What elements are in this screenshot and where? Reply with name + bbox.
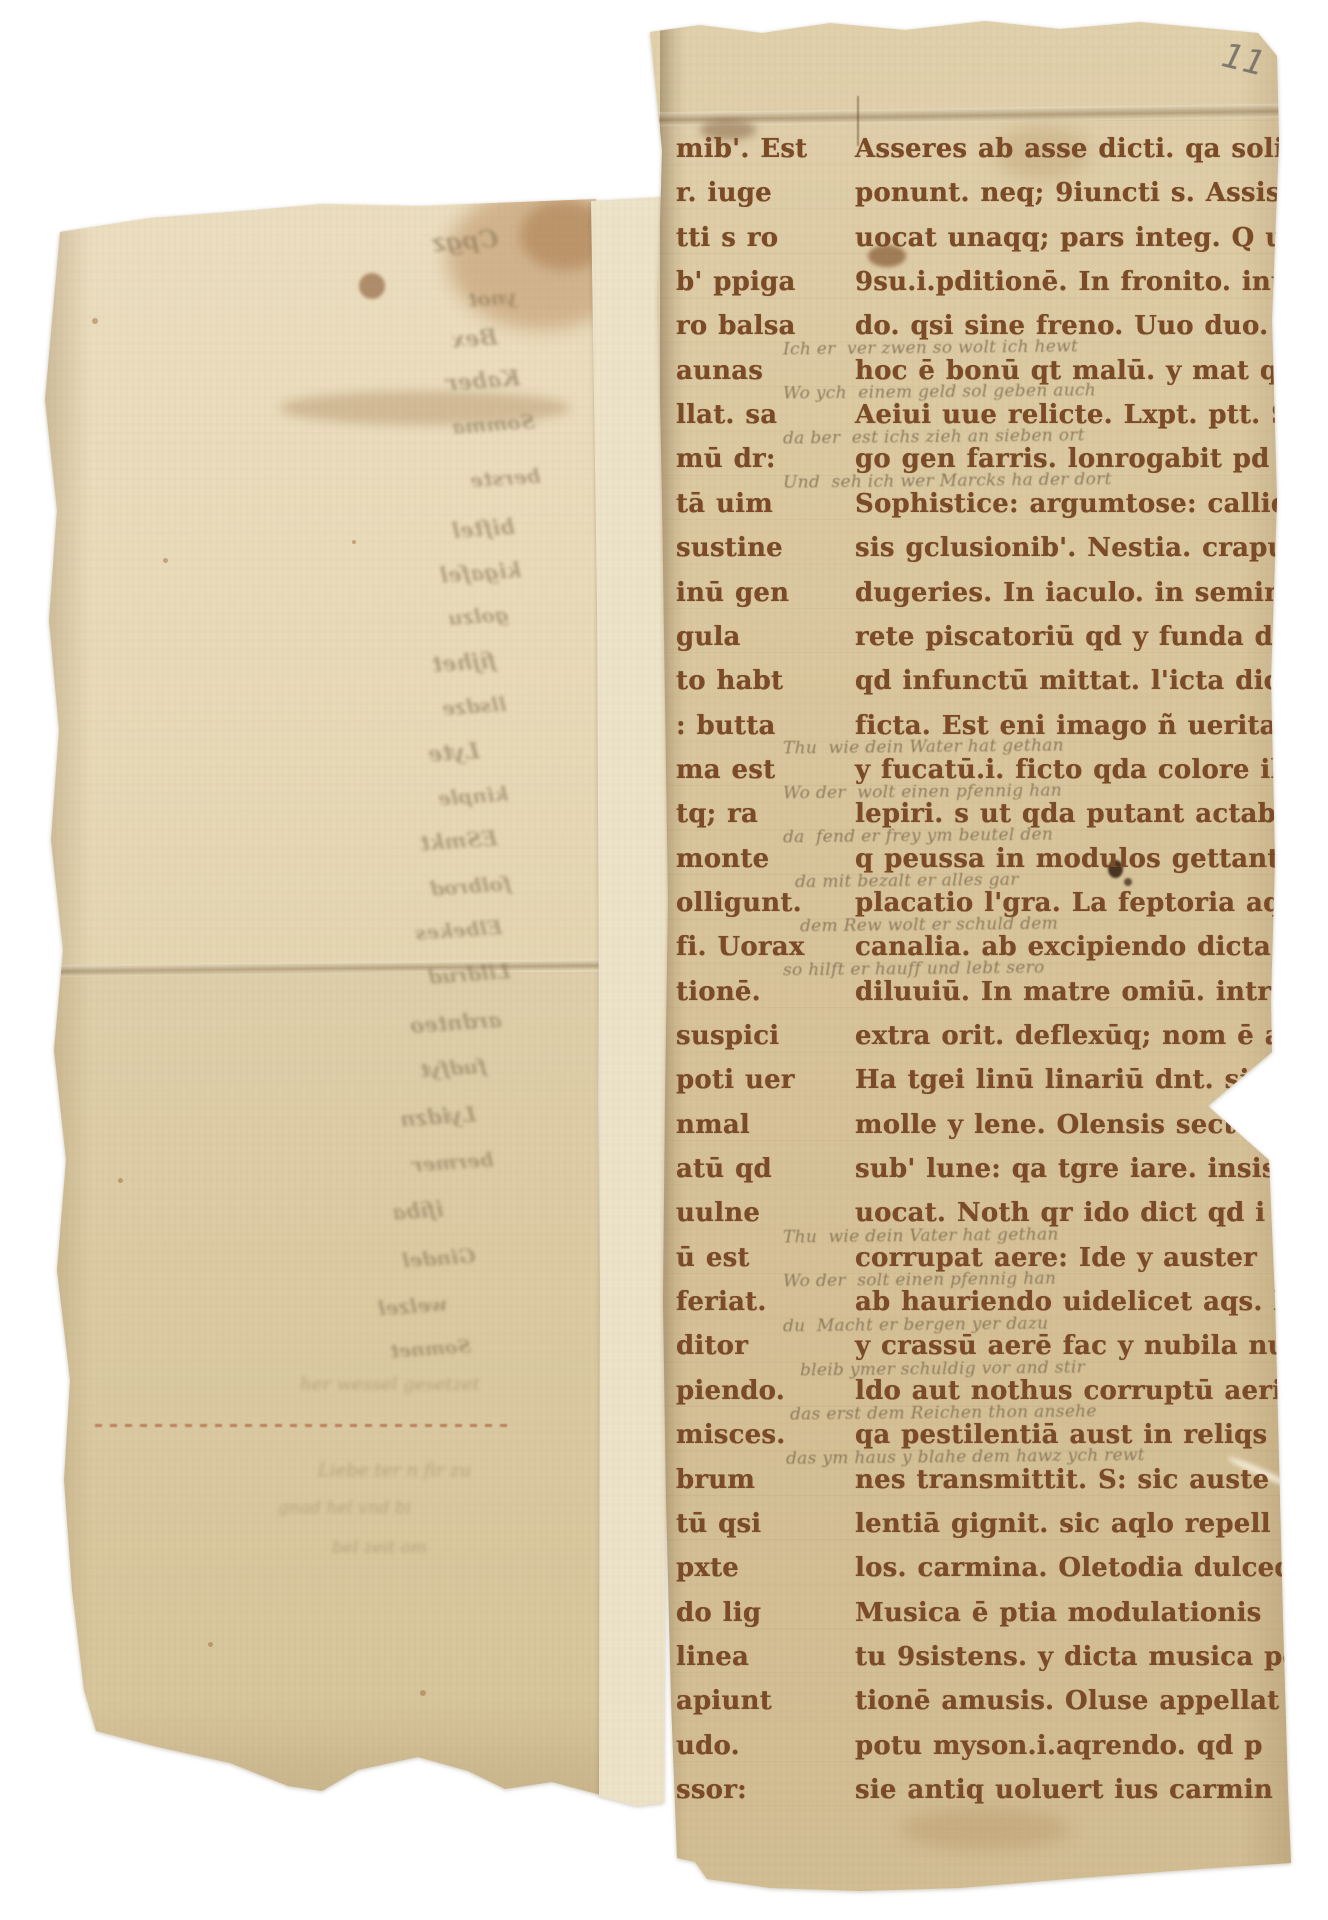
left-column-line-end: suspici <box>676 1021 779 1051</box>
text-line: sustinesis gclusionib'. Nestia. crapula <box>0 533 1328 577</box>
gloss-line: Wo der wolt einen pfennig han <box>783 781 1062 804</box>
text-line: fi. Uoraxcanalia. ab excipiendo dicta. l… <box>0 932 1328 976</box>
text-line: olligunt.placatio l'gra. La feptoria aqu… <box>0 888 1328 932</box>
right-column-text: sie antiq uoluert ius carmin <box>855 1775 1273 1805</box>
text-line: do ligMusica ē ptia modulationis <box>0 1598 1328 1642</box>
left-column-line-end: b' ppiga <box>676 267 796 297</box>
right-column-text: potu myson.i.aqrendo. qd p <box>855 1731 1263 1761</box>
left-column-line-end: feriat. <box>676 1287 767 1317</box>
left-column-line-end: mū dr: <box>676 444 776 474</box>
text-line: tā uimSophistice: argumtose: callid <box>0 489 1328 533</box>
right-column-text: placatio l'gra. La feptoria aqua <box>855 888 1318 918</box>
left-column-line-end: tti s ro <box>676 223 778 253</box>
text-line: mū dr:go gen farris. lonrogabit pd <box>0 444 1328 488</box>
text-line: inū gendugeries. In iaculo. in semine. <box>0 578 1328 622</box>
right-column-text: Sophistice: argumtose: callid <box>855 489 1289 519</box>
right-column-text: tu 9sistens. y dicta musica pel <box>855 1642 1309 1672</box>
text-line: gularete piscatoriū qd y funda dr <box>0 622 1328 666</box>
right-column-text: dugeries. In iaculo. in semine. <box>855 578 1309 608</box>
left-column-line-end: mib'. Est <box>676 134 807 164</box>
text-line: mib'. EstAsseres ab asse dicti. qa soli … <box>0 134 1328 178</box>
left-column-line-end: misces. <box>676 1420 786 1450</box>
left-column-line-end: nmal <box>676 1110 750 1140</box>
gloss-line: Thu wie dein Vater hat gethan <box>783 1225 1059 1248</box>
text-line: piendo.ldo aut nothus corruptū aeri <box>0 1376 1328 1420</box>
text-line: monteq peussa in modulos gettant. <box>0 844 1328 888</box>
left-column-line-end: monte <box>676 844 769 874</box>
gloss-line: Und seh ich wer Marcks ha der dort <box>783 469 1112 492</box>
right-fragment-wrap: 11 mib'. EstAsseres ab asse dicti. qa so… <box>0 0 1328 1920</box>
text-line: ū estcorrupat aere: Ide y auster <box>0 1243 1328 1287</box>
left-column-line-end: : butta <box>676 711 776 741</box>
left-column-line-end: r. iuge <box>676 178 772 208</box>
left-column-line-end: apiunt <box>676 1686 772 1716</box>
left-column-line-end: brum <box>676 1465 755 1495</box>
right-column-text: q peussa in modulos gettant. <box>855 844 1289 874</box>
text-line: ditory crassū aerē fac y nubila nu <box>0 1331 1328 1375</box>
right-column-text: Musica ē ptia modulationis <box>855 1598 1262 1628</box>
right-column-text: Asseres ab asse dicti. qa soli int <box>855 134 1328 164</box>
text-line: nmalmolle y lene. Olensis sect <box>0 1110 1328 1154</box>
left-column-line-end: pxte <box>676 1553 739 1583</box>
right-column-text: nes transmittit. S: sic auste <box>855 1465 1269 1495</box>
right-column-text: sis gclusionib'. Nestia. crapula <box>855 533 1314 563</box>
left-column-line-end: linea <box>676 1642 749 1672</box>
right-column-text: rete piscatoriū qd y funda dr <box>855 622 1287 652</box>
text-line: aunashoc ē bonū qt malū. y mat qt b <box>0 356 1328 400</box>
text-line: poti uerHa tgei linū linariū dnt. siue <box>0 1065 1328 1109</box>
gloss-line: das erst dem Reichen thon ansehe <box>790 1401 1097 1424</box>
right-column-text: ponunt. neq; 9iuncti s. Assis <box>855 178 1281 208</box>
right-column-text: 9su.i.pditionē. In fronito. inuer <box>855 267 1321 297</box>
right-column-text: lentiā gignit. sic aqlo repell <box>855 1509 1271 1539</box>
left-column-line-end: tionē. <box>676 977 761 1007</box>
left-column-line-end: tq; ra <box>676 799 758 829</box>
manuscript-photo: CpgzynotBexKaberSommaberstebiftelkigafel… <box>0 0 1328 1920</box>
text-line: udo.potu myson.i.aqrendo. qd p <box>0 1731 1328 1775</box>
right-column-text: molle y lene. Olensis sect <box>855 1110 1236 1140</box>
right-column-text: los. carmina. Oletodia dulced <box>855 1553 1293 1583</box>
text-line: ssor:sie antiq uoluert ius carmin <box>0 1775 1328 1819</box>
right-column-text: diluuiū. In matre omiū. intrā. <box>855 977 1298 1007</box>
text-line: uulneuocat. Noth qr ido dict qd i <box>0 1198 1328 1242</box>
gloss-line: Thu wie dein Water hat gethan <box>783 736 1064 759</box>
text-line: tti s rouocat unaqq; pars integ. Q u <box>0 223 1328 267</box>
right-column-text: canalia. ab excipiendo dicta. la <box>855 932 1318 962</box>
right-column-text: uocat unaqq; pars integ. Q u <box>855 223 1284 253</box>
left-column-line-end: ū est <box>676 1243 750 1273</box>
text-line: b' ppiga9su.i.pditionē. In fronito. inue… <box>0 267 1328 311</box>
text-line: feriat.ab hauriendo uidelicet aqs. l <box>0 1287 1328 1331</box>
gloss-line: dem Rew wolt er schuld dem <box>800 914 1058 937</box>
gloss-line: bleib ymer schuldig vor and stir <box>800 1358 1085 1381</box>
text-line: suspiciextra orit. deflexūq; nom ē a <box>0 1021 1328 1065</box>
text-line: to habtqd infunctū mittat. l'icta dicta <box>0 666 1328 710</box>
left-column-line-end: uulne <box>676 1198 760 1228</box>
left-column-line-end: olligunt. <box>676 888 802 918</box>
left-column-line-end: do lig <box>676 1598 761 1628</box>
text-line: ro balsado. qsi sine freno. Uuo duo. unū <box>0 311 1328 355</box>
right-column-text: Ha tgei linū linariū dnt. siue <box>855 1065 1285 1095</box>
left-column-line-end: tū qsi <box>676 1509 761 1539</box>
left-column-line-end: ma est <box>676 755 775 785</box>
text-line: : buttaficta. Est eni imago ñ ueritas. <box>0 711 1328 755</box>
left-column-line-end: ssor: <box>676 1775 747 1805</box>
text-line: lineatu 9sistens. y dicta musica pel <box>0 1642 1328 1686</box>
gloss-line: da fend er frey ym beutel den <box>783 825 1053 848</box>
left-column-line-end: gula <box>676 622 741 652</box>
gloss-line: du Macht er bergen yer dazu <box>783 1314 1049 1337</box>
left-column-line-end: sustine <box>676 533 783 563</box>
left-column-line-end: udo. <box>676 1731 740 1761</box>
right-column-text: do. qsi sine freno. Uuo duo. unū <box>855 311 1328 341</box>
left-column-line-end: to habt <box>676 666 783 696</box>
right-column-text: lepiri. s ut qda putant actabi <box>855 799 1286 829</box>
right-column-text: ab hauriendo uidelicet aqs. l <box>855 1287 1283 1317</box>
left-column-line-end: tā uim <box>676 489 773 519</box>
gloss-line: das ym haus y blahe dem hawz ych rewt <box>786 1445 1145 1469</box>
right-column-text: uocat. Noth qr ido dict qd i <box>855 1198 1265 1228</box>
right-column-text: extra orit. deflexūq; nom ē a <box>855 1021 1282 1051</box>
text-line: brumnes transmittit. S: sic auste <box>0 1465 1328 1509</box>
fold-crease <box>655 104 1283 127</box>
left-column-line-end: ro balsa <box>676 311 796 341</box>
gloss-line: so hilft er hauff und lebt sero <box>783 958 1045 981</box>
left-column-line-end: atū qd <box>676 1154 772 1184</box>
gloss-line: Wo der solt einen pfennig han <box>783 1269 1056 1292</box>
gloss-line: da ber est ichs zieh an sieben ort <box>783 425 1085 448</box>
left-column-line-end: piendo. <box>676 1376 785 1406</box>
text-line: apiunttionē amusis. Oluse appellat <box>0 1686 1328 1730</box>
left-column-line-end: aunas <box>676 356 763 386</box>
right-column-text: tionē amusis. Oluse appellat <box>855 1686 1279 1716</box>
text-line: tū qsilentiā gignit. sic aqlo repell <box>0 1509 1328 1553</box>
text-line: llat. saAeiui uue relicte. Lxpt. ptt. Si <box>0 400 1328 444</box>
right-parchment-fragment: 11 mib'. EstAsseres ab asse dicti. qa so… <box>0 0 1328 1920</box>
text-line: tionē.diluuiū. In matre omiū. intrā. <box>0 977 1328 1021</box>
right-column-text: sub' lune: qa tgre iare. insis <box>855 1154 1277 1184</box>
left-column-line-end: inū gen <box>676 578 789 608</box>
right-column-text: qd infunctū mittat. l'icta dicta <box>855 666 1309 696</box>
left-column-line-end: fi. Uorax <box>676 932 805 962</box>
text-line: ma esty fucatū.i. ficto qda colore ill <box>0 755 1328 799</box>
text-line: tq; ralepiri. s ut qda putant actabi <box>0 799 1328 843</box>
text-line: atū qdsub' lune: qa tgre iare. insis <box>0 1154 1328 1198</box>
left-column-line-end: poti uer <box>676 1065 795 1095</box>
text-line: r. iugeponunt. neq; 9iuncti s. Assis <box>0 178 1328 222</box>
gloss-line: Ich er ver zwen so wolt ich hewt <box>783 336 1078 359</box>
text-line: pxtelos. carmina. Oletodia dulced <box>0 1553 1328 1597</box>
right-column-text: y fucatū.i. ficto qda colore ill <box>855 755 1291 785</box>
gloss-line: Wo ych einem geld sol geben auch <box>783 380 1096 403</box>
left-column-line-end: ditor <box>676 1331 748 1361</box>
gloss-line: da mit bezalt er alles gar <box>795 870 1019 892</box>
left-column-line-end: llat. sa <box>676 400 777 430</box>
